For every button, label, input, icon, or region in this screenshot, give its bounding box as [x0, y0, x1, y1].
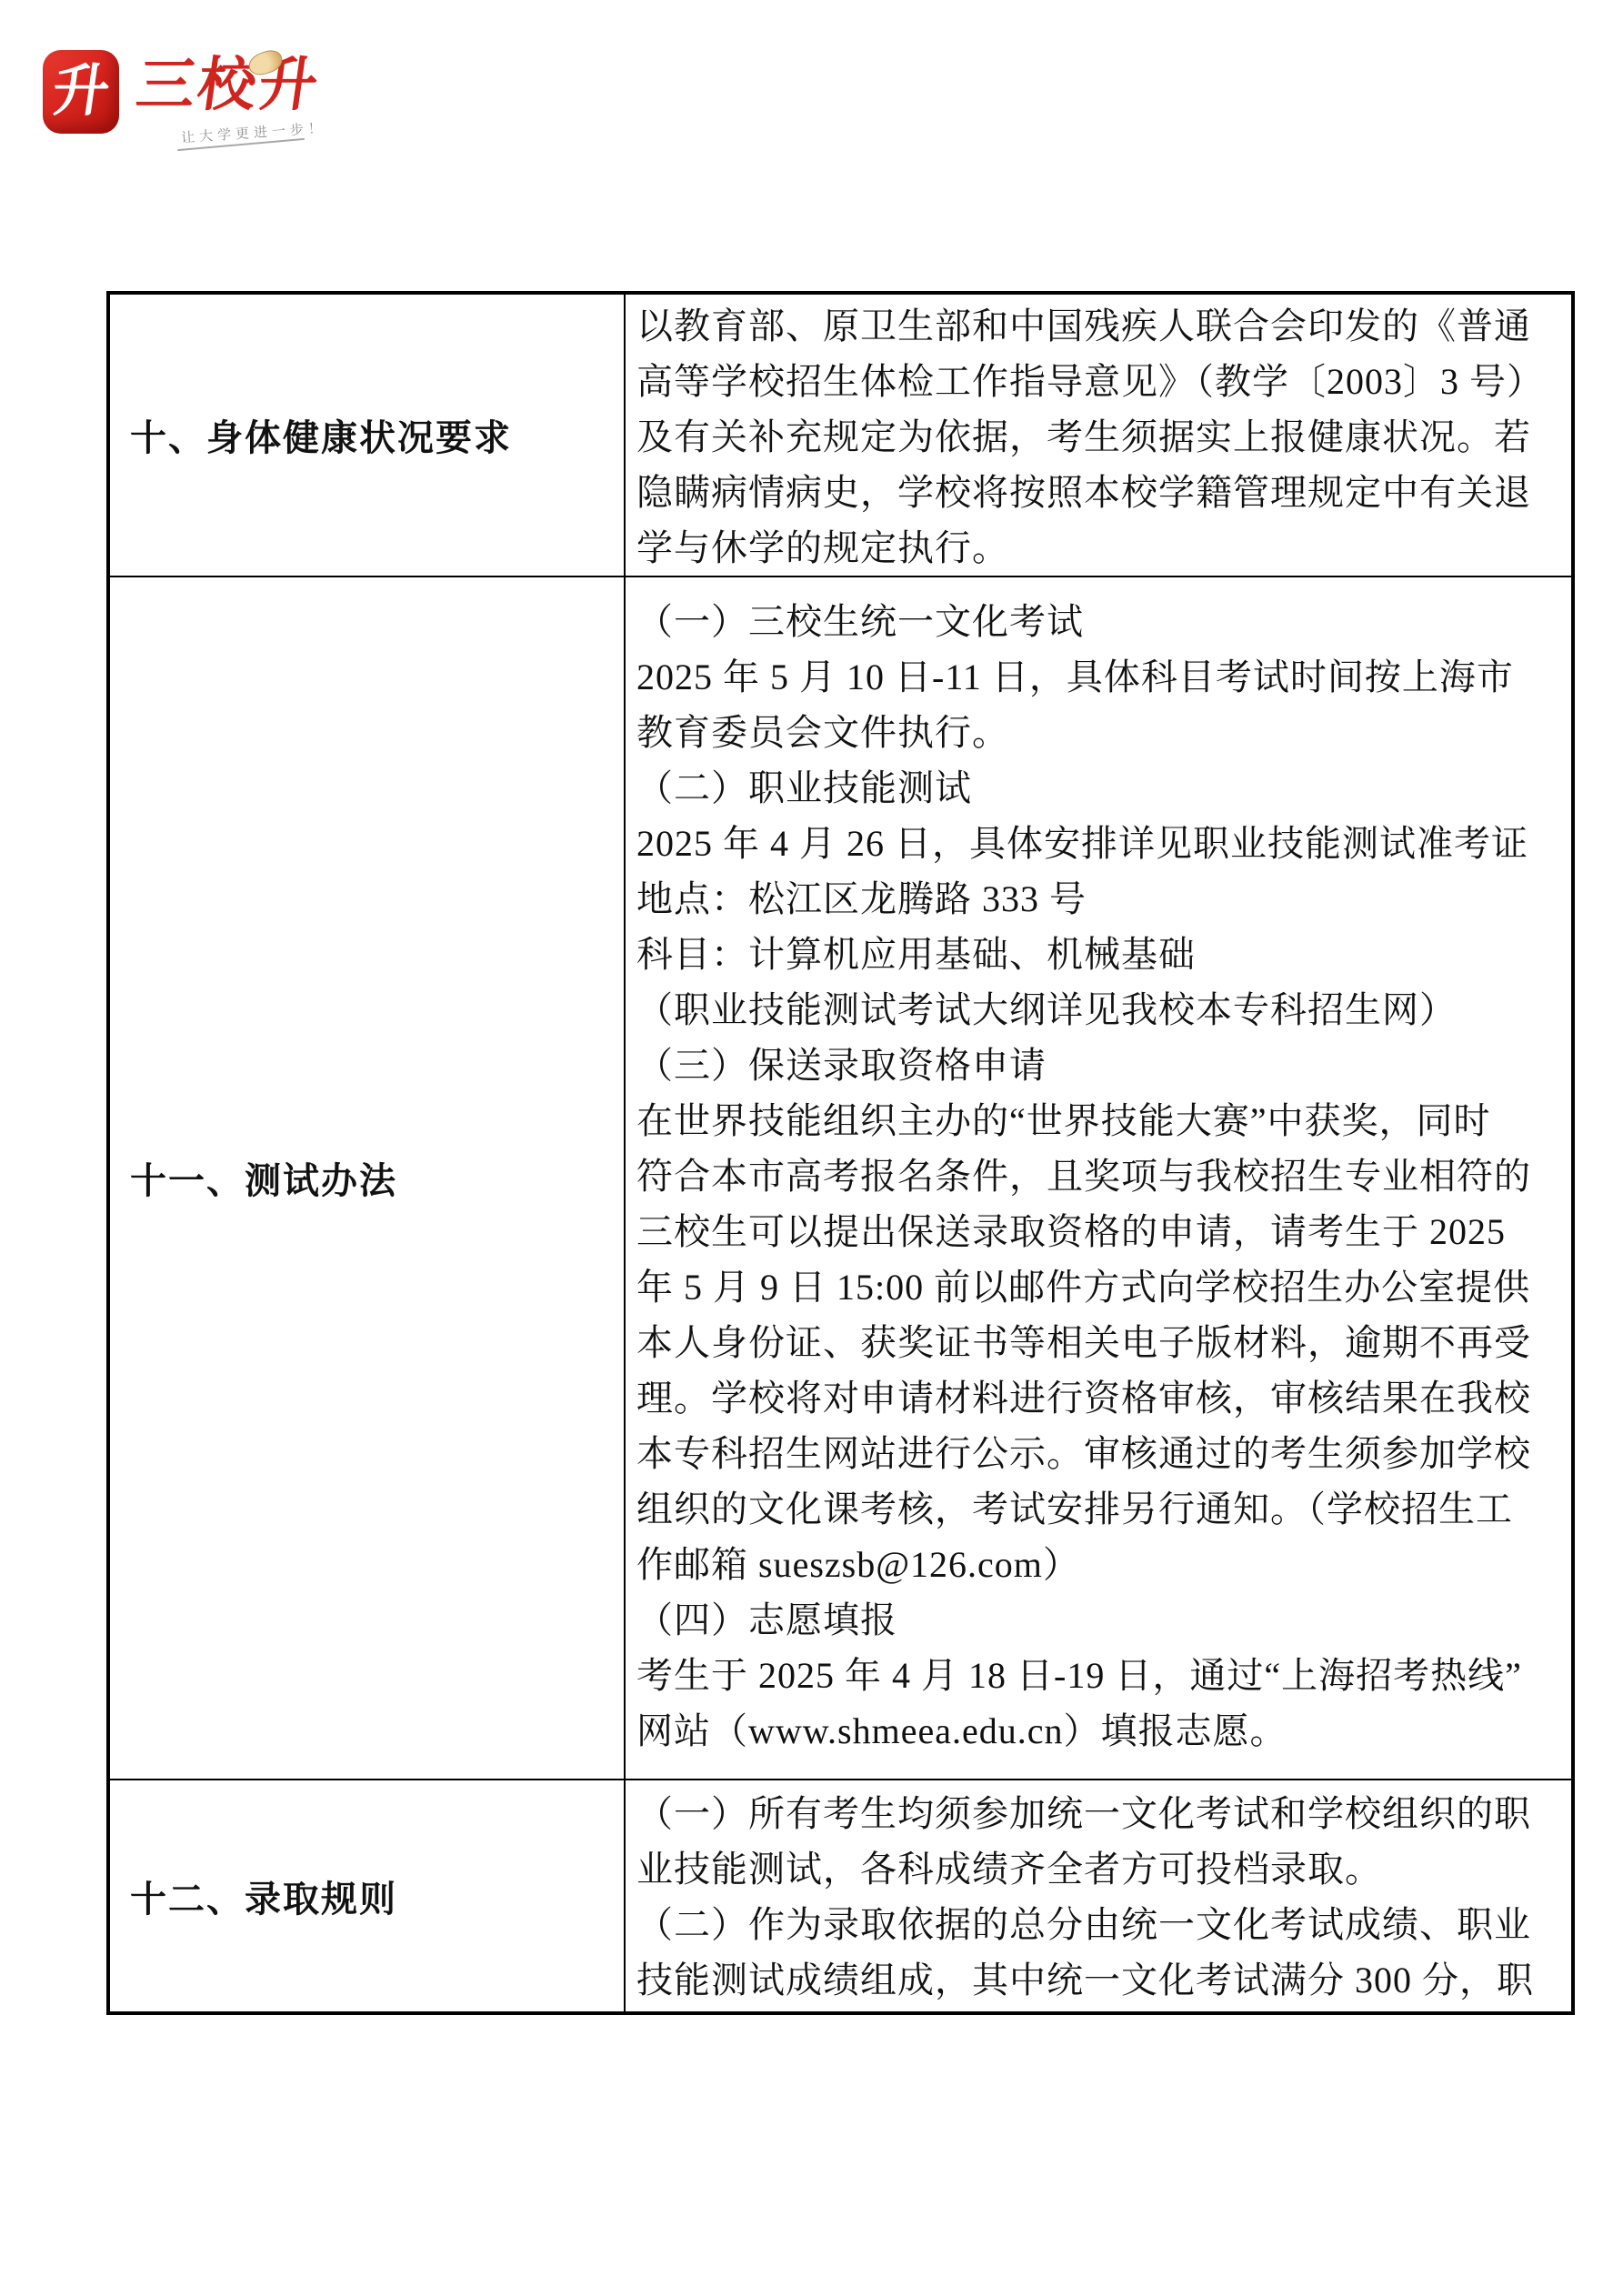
- text-line: 考生于 2025 年 4 月 18 日-19 日，通过“上海招考热线”: [636, 1648, 1562, 1703]
- text-line: 教育委员会文件执行。: [636, 705, 1562, 760]
- admissions-info-table: 十、身体健康状况要求 以教育部、原卫生部和中国残疾人联合会印发的《普通 高等学校…: [106, 291, 1575, 2015]
- text-line: 作邮箱 sueszsb@126.com）: [636, 1537, 1562, 1592]
- row-label: 十二、录取规则: [108, 1780, 625, 2013]
- text-line: （一）所有考生均须参加统一文化考试和学校组织的职: [636, 1786, 1562, 1841]
- row-content: 以教育部、原卫生部和中国残疾人联合会印发的《普通 高等学校招生体检工作指导意见》…: [625, 293, 1573, 577]
- text-line: 组织的文化课考核，考试安排另行通知。（学校招生工: [636, 1481, 1562, 1537]
- text-line: 2025 年 4 月 26 日，具体安排详见职业技能测试准考证: [636, 816, 1562, 871]
- text-line: 及有关补充规定为依据，考生须据实上报健康状况。若: [636, 409, 1562, 465]
- brand-logo: 升 三校升 让大学更进一步！: [43, 50, 334, 155]
- table-row-admission-rules: 十二、录取规则 （一）所有考生均须参加统一文化考试和学校组织的职 业技能测试，各…: [108, 1780, 1573, 2013]
- row-label: 十、身体健康状况要求: [108, 293, 625, 577]
- row-content: （一）所有考生均须参加统一文化考试和学校组织的职 业技能测试，各科成绩齐全者方可…: [625, 1780, 1573, 2013]
- table-row-test-methods: 十一、测试办法 （一）三校生统一文化考试 2025 年 5 月 10 日-11 …: [108, 577, 1573, 1780]
- brand-app-icon: 升: [43, 50, 119, 134]
- text-line: 2025 年 5 月 10 日-11 日，具体科目考试时间按上海市: [636, 649, 1562, 705]
- text-line: （三）保送录取资格申请: [636, 1038, 1562, 1093]
- text-line: 业技能测试，各科成绩齐全者方可投档录取。: [636, 1841, 1562, 1897]
- text-line: 年 5 月 9 日 15:00 前以邮件方式向学校招生办公室提供: [636, 1259, 1562, 1315]
- text-line: 以教育部、原卫生部和中国残疾人联合会印发的《普通: [636, 298, 1562, 354]
- text-line: 符合本市高考报名条件，且奖项与我校招生专业相符的: [636, 1148, 1562, 1204]
- text-line: 技能测试成绩组成，其中统一文化考试满分 300 分，职: [636, 1952, 1562, 2008]
- row-label: 十一、测试办法: [108, 577, 625, 1780]
- text-line: 本专科招生网站进行公示。审核通过的考生须参加学校: [636, 1426, 1562, 1481]
- text-line: 在世界技能组织主办的“世界技能大赛”中获奖，同时: [636, 1093, 1562, 1148]
- text-line: 三校生可以提出保送录取资格的申请，请考生于 2025: [636, 1204, 1562, 1259]
- text-line: 理。学校将对申请材料进行资格审核，审核结果在我校: [636, 1370, 1562, 1426]
- brand-icon-glyph: 升: [49, 64, 114, 120]
- document-page: 升 三校升 让大学更进一步！ 十、身体健康状况要求 以教育部、原卫生部和中国残疾…: [0, 0, 1623, 2296]
- text-line: 科目：计算机应用基础、机械基础: [636, 927, 1562, 982]
- text-line: （二）作为录取依据的总分由统一文化考试成绩、职业: [636, 1897, 1562, 1952]
- table-row-health-requirements: 十、身体健康状况要求 以教育部、原卫生部和中国残疾人联合会印发的《普通 高等学校…: [108, 293, 1573, 577]
- text-line: 学与休学的规定执行。: [636, 520, 1562, 576]
- text-line: 高等学校招生体检工作指导意见》（教学〔2003〕3 号）: [636, 354, 1562, 409]
- text-line: 网站（www.shmeea.edu.cn）填报志愿。: [636, 1703, 1562, 1759]
- text-line: （一）三校生统一文化考试: [636, 594, 1562, 649]
- row-content: （一）三校生统一文化考试 2025 年 5 月 10 日-11 日，具体科目考试…: [625, 577, 1573, 1780]
- text-line: 地点：松江区龙腾路 333 号: [636, 871, 1562, 927]
- text-line: （职业技能测试考试大纲详见我校本专科招生网）: [636, 982, 1562, 1038]
- text-line: （二）职业技能测试: [636, 760, 1562, 816]
- brand-name: 三校升: [134, 55, 325, 114]
- text-line: 本人身份证、获奖证书等相关电子版材料，逾期不再受: [636, 1315, 1562, 1370]
- text-line: 隐瞒病情病史，学校将按照本校学籍管理规定中有关退: [636, 465, 1562, 520]
- text-line: （四）志愿填报: [636, 1592, 1562, 1648]
